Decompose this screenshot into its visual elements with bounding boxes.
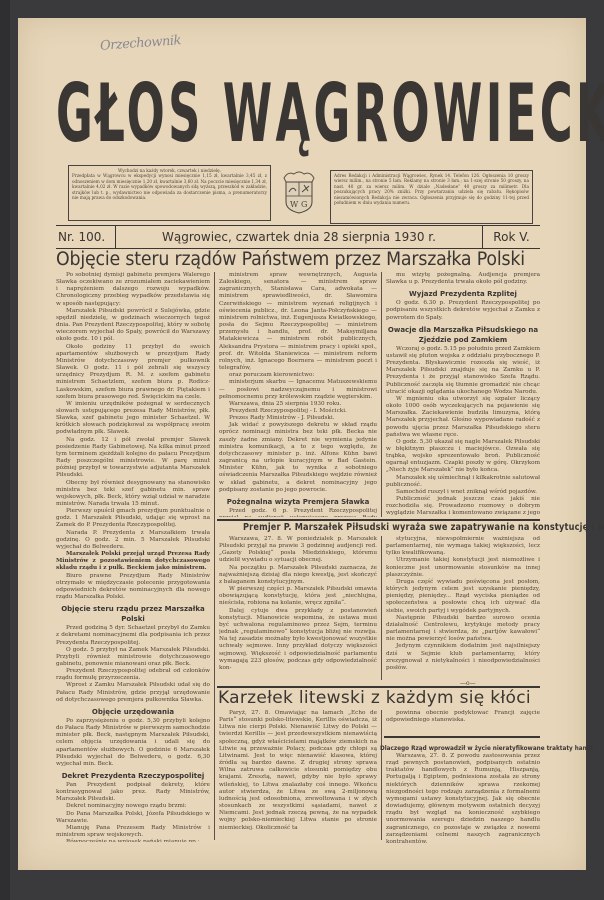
paragraph: Na początku p. Marszałek Piłsudski zazna… — [219, 565, 377, 586]
subheading: Wyjazd Prezydenta Rzplitej — [386, 289, 540, 299]
bold-paragraph: Marszałek Polski przejął urząd Prezesa R… — [56, 551, 210, 572]
paragraph: Jak widać z powyższego dekretu w skład r… — [219, 422, 377, 494]
subheading: Owacje dla Marszałka Piłsudskiego na Zje… — [386, 325, 540, 345]
paragraph: Równocześnie na wniosek pański mianuję p… — [56, 839, 210, 842]
subheading: Pożegnalna wizyta Premjera Sławka — [219, 497, 377, 507]
subscription-info-box: Wychodzi na każdy wtorek, czwartek i nie… — [68, 165, 271, 221]
paragraph: W mgnieniu oka utworzył się szpaler licz… — [386, 396, 540, 439]
paragraph: Marszałek się uśmiechnął i kilkakrotnie … — [386, 475, 540, 489]
paragraph: Pierwszy opuścił gmach prezydjum punktua… — [56, 508, 210, 529]
scan-background-strip — [0, 0, 10, 900]
subheading: Objęcie steru rządu przez Marszałka Pols… — [56, 604, 210, 624]
paragraph: O godz. 5,30 ukazał się nagle Marszałek … — [386, 439, 540, 475]
paragraph: Około godziny 11 przybył do swoich apart… — [56, 344, 210, 401]
paragraph: Warszawa, dnia 25 sierpnia 1930 roku. — [219, 401, 377, 408]
paragraph: Do Pana Marszałka Polski, Józefa Piłsuds… — [56, 811, 210, 825]
article4-body: Warszawa, 27. 8. Z powodu zastosowania p… — [386, 753, 540, 843]
paragraph: Pan Prezydent podpisał dekrety, które ko… — [56, 782, 210, 803]
paragraph: Marszałek Piłsudski powrócił z Sulejówka… — [56, 308, 210, 344]
paragraph: Samochód ruszył i wnet zniknął wśród poj… — [386, 489, 540, 496]
column-divider — [381, 272, 382, 517]
issue-date: Wągrowiec, czwartek dnia 28 sierpnia 193… — [116, 230, 482, 244]
paragraph: Przed godz. 6 p. Prezydent Rzeczypospoli… — [219, 508, 377, 517]
paragraph: Biuro prawne Prezydjum Rady Ministrów ot… — [56, 573, 210, 602]
issue-year: Rok V. — [482, 226, 540, 248]
column-divider — [214, 272, 215, 840]
paragraph: Dalej cytuje dwa przykłady z postanowień… — [219, 608, 377, 672]
issue-number: Nr. 100. — [56, 226, 116, 248]
paragraph: ministerjum skarbu — Ignacemu Matuszewsk… — [219, 379, 377, 400]
paragraph: Obecny był również desygnowany na stanow… — [56, 480, 210, 509]
paragraph: Następnie Piłsudski bardzo surowo ocenia… — [386, 615, 540, 644]
paragraph: W imieniu urzędników pożegnał w serdeczn… — [56, 401, 210, 437]
article4-headline: Dlaczego Rząd wprowadził w życie nieraty… — [380, 745, 595, 752]
paragraph: Wprost z Zamku Marszałek Piłsudski udał … — [56, 682, 210, 703]
main-article-column-3: mu wizytę pożegnalną. Audjencja premjera… — [386, 272, 540, 517]
svg-text:G: G — [301, 200, 307, 209]
address-info-box: Adres Redakcji i Administracji Wągrowiec… — [330, 170, 533, 224]
newspaper-masthead: GŁOS WĄGROWIECKI — [56, 66, 327, 162]
paragraph: stytucyjna, niewspółmiernie ważniejsza o… — [386, 536, 540, 557]
paragraph: W pierwszej części p. Marszałek Piłsudsk… — [219, 586, 377, 607]
svg-text:W: W — [290, 200, 299, 209]
paragraph: mu wizytę pożegnalną. Audjencja premjera… — [386, 272, 540, 286]
paragraph: powinna obecnie podyktować Francji zajęc… — [386, 710, 540, 724]
column-divider — [381, 710, 382, 840]
subheading: Dekret Prezydenta Rzeczypospolitej — [56, 771, 210, 781]
paragraph: O godz. 5 przybył na Zamek Marszałek Pił… — [56, 647, 210, 668]
paragraph: Mianuję Pana Prezesem Rady Ministrów i m… — [56, 825, 210, 839]
paragraph: Po sobotniej dymisji gabinetu premjera W… — [56, 272, 210, 308]
paragraph: Jedynym czynnikiem dodatnim jest najsiln… — [386, 643, 540, 672]
paragraph: Prezydent Rzeczypospolitej odebrał od cz… — [56, 668, 210, 682]
article3-column-2: powinna obecnie podyktować Francji zajęc… — [386, 710, 540, 730]
article3-headline: Karzełek litewski z każdym się kłóci — [218, 688, 531, 708]
section-rule — [217, 519, 540, 521]
paragraph: Warszawa, 27. 8. Z powodu zastosowania p… — [386, 753, 540, 843]
paragraph: Narada P. Prezydenta z Marszałkiem trwał… — [56, 530, 210, 551]
issue-dateline: Nr. 100. Wągrowiec, czwartek dnia 28 sie… — [56, 225, 540, 249]
paragraph: Paryż, 27. 8. Omawiając na łamach „Echo … — [219, 710, 377, 832]
paragraph: Po zaprzysiężeniu o godz. 5,30 przybyli … — [56, 718, 210, 768]
article2-headline: Premjer P. Marszałek Piłsudski wyraża sw… — [243, 522, 604, 533]
main-headline: Objęcie steru rządów Państwem przez Mars… — [56, 249, 525, 270]
paragraph: Na godz. 12 i pół zwołał premjer Sławek … — [56, 437, 210, 480]
column-divider — [381, 536, 382, 680]
article2-column-2: stytucyjna, niewspółmiernie ważniejsza o… — [386, 536, 540, 678]
paragraph: Publiczność jednak jeszcze czas jakiś ni… — [386, 496, 540, 517]
paragraph: Dekret nominacyjny nowego rządu brzmi: — [56, 803, 210, 810]
section-rule — [384, 736, 540, 738]
subscription-text: Przedpłata w Wągrowcu w ekspedycji wynos… — [72, 173, 267, 200]
paragraph: oraz poruczam kierownictwo: — [219, 372, 377, 379]
paragraph: Utrzymanie takiej konstytucji jest niemo… — [386, 557, 540, 578]
paragraph: ministrem spraw wewnętrznych, Augusta Za… — [219, 272, 377, 372]
article3-column-1: Paryż, 27. 8. Omawiając na łamach „Echo … — [219, 710, 377, 840]
paragraph: Warszawa, 27. 8. W poniedziałek p. Marsz… — [219, 536, 377, 565]
paragraph: Wczoraj o godz. 5.15 po południu przed Z… — [386, 346, 540, 396]
main-article-column-1: Po sobotniej dymisji gabinetu premjera W… — [56, 272, 210, 842]
paragraph: Druga część wywiadu poświęcona jest posł… — [386, 579, 540, 615]
main-article-column-2: ministrem spraw wewnętrznych, Augusta Za… — [219, 272, 377, 517]
town-crest-icon: W G — [280, 170, 318, 214]
article2-column-1: Warszawa, 27. 8. W poniedziałek p. Marsz… — [219, 536, 377, 680]
paragraph: O godz. 6.30 p. Prezydent Rzeczypospolit… — [386, 300, 540, 321]
paragraph: Przed godziną 5 dyr. Schaetzel przybył d… — [56, 625, 210, 646]
subheading: Objęcie urzędowania — [56, 707, 210, 717]
